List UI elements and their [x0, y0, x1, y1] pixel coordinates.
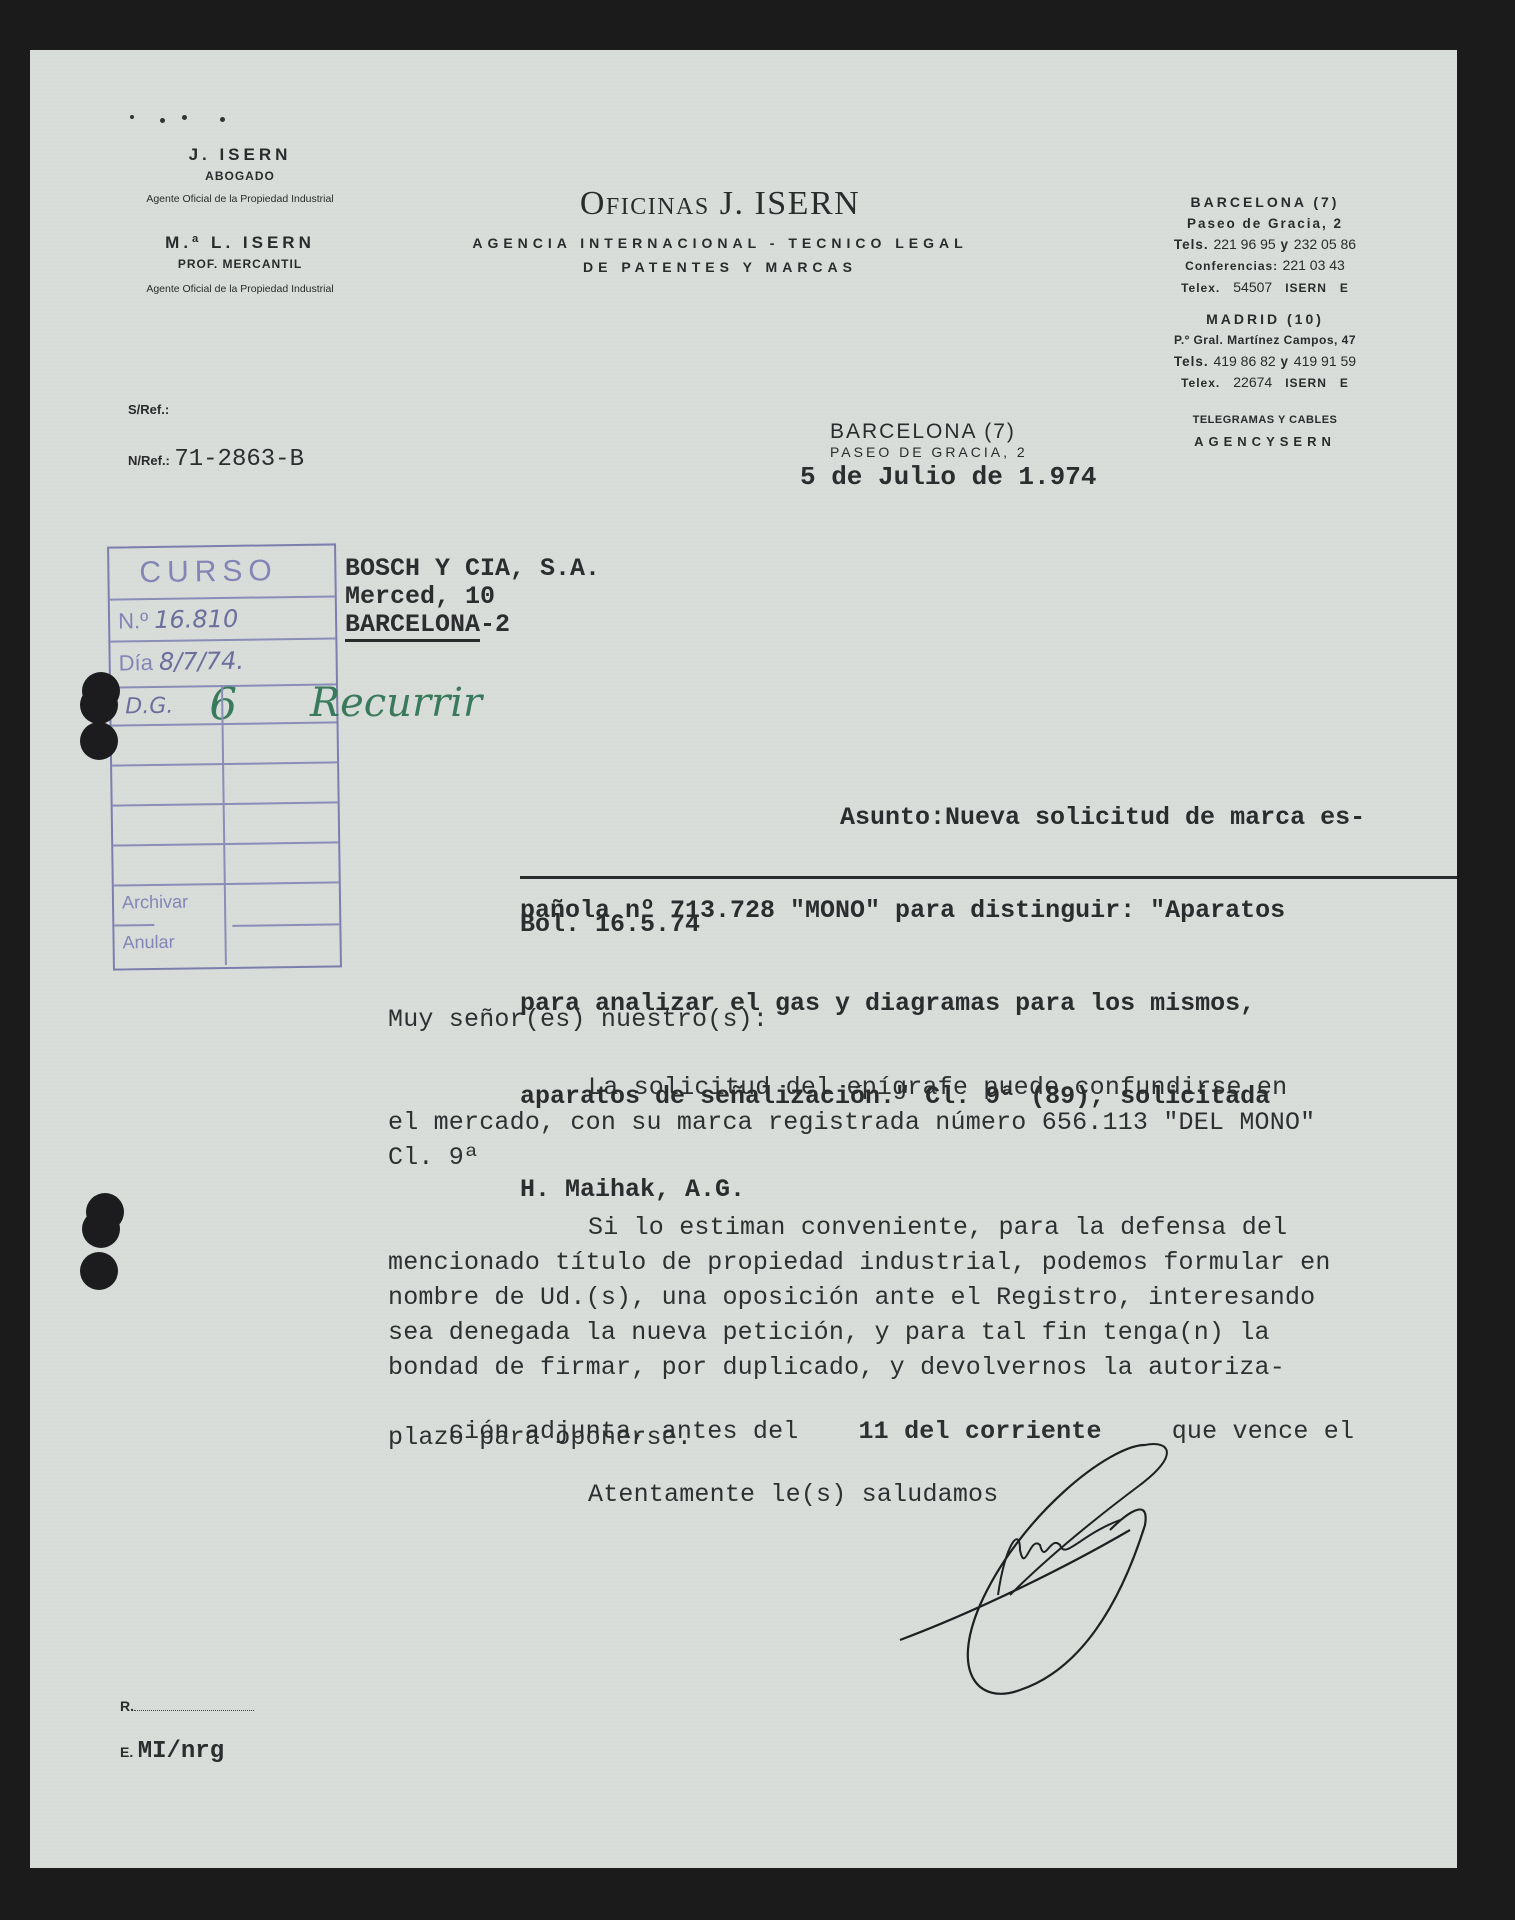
- salutation: Muy señor(es) nuestro(s):: [388, 1005, 1408, 1034]
- company-title: Oficinas J. ISERN: [430, 185, 1010, 223]
- n-ref-label: N/Ref.:: [128, 453, 170, 468]
- paragraph1-line: Cl. 9ª: [388, 1143, 1408, 1172]
- punch-hole: [80, 686, 118, 724]
- telegramas-value: AGENCYSERN: [1120, 431, 1410, 452]
- typist-initials: MI/nrg: [138, 1738, 224, 1765]
- punch-hole: [80, 722, 118, 760]
- ink-specks: [130, 115, 230, 125]
- bulletin-reference: Bol. 16.5.74: [520, 910, 700, 939]
- person1-title: ABOGADO: [110, 169, 370, 183]
- recipient-name: BOSCH Y CIA, S.A.: [345, 555, 600, 583]
- place-date: BARCELONA (7) PASEO DE GRACIA, 2 5 de Ju…: [800, 420, 1096, 492]
- subject-line: H. Maihak, A.G.: [520, 1174, 1460, 1205]
- subject-underline: [520, 876, 1457, 879]
- barcelona-tels: Tels. 221 96 95 y 232 05 86: [1120, 234, 1410, 255]
- signature: [870, 1435, 1250, 1715]
- paragraph2-line: Si lo estiman conveniente, para la defen…: [388, 1213, 1515, 1242]
- paragraph2-line: nombre de Ud.(s), una oposición ante el …: [388, 1283, 1408, 1312]
- n-ref: N/Ref.: 71-2863-B: [128, 446, 304, 473]
- handwritten-note: Recurrir: [310, 680, 482, 726]
- telegramas-label: TELEGRAMAS Y CABLES: [1120, 410, 1410, 431]
- stamp-day: Día 8/7/74.: [118, 647, 244, 677]
- footer-r: R.: [120, 1698, 254, 1716]
- place-city: BARCELONA (7): [830, 420, 1096, 444]
- paragraph2-line: bondad de firmar, por duplicado, y devol…: [388, 1353, 1408, 1382]
- madrid-tels: Tels. 419 86 82 y 419 91 59: [1120, 351, 1410, 372]
- stamp-initials: D.G.: [125, 694, 173, 720]
- recipient-city: BARCELONA-2: [345, 611, 600, 641]
- madrid-city: MADRID (10): [1120, 309, 1410, 330]
- paragraph2-line: mencionado título de propiedad industria…: [388, 1248, 1408, 1277]
- stamp-anular: Anular: [122, 932, 174, 954]
- n-ref-value: 71-2863-B: [174, 446, 304, 473]
- barcelona-telex: Telex. 54507 ISERN E: [1120, 277, 1410, 299]
- punch-hole: [82, 1210, 120, 1248]
- person1-name: J. ISERN: [110, 145, 370, 165]
- conferencias: Conferencias: 221 03 43: [1120, 255, 1410, 277]
- stamp-archivar: Archivar: [122, 892, 188, 914]
- recipient-street: Merced, 10: [345, 583, 600, 611]
- company-subtitle-2: DE PATENTES Y MARCAS: [430, 259, 1010, 275]
- subject-block: Asunto:Nueva solicitud de marca es- paño…: [520, 740, 1460, 1267]
- barcelona-address: Paseo de Gracia, 2: [1120, 213, 1410, 234]
- stamp-number: N.º 16.810: [118, 605, 239, 635]
- subject-line: Asunto:Nueva solicitud de marca es-: [520, 802, 1460, 833]
- paragraph1-line: el mercado, con su marca registrada núme…: [388, 1108, 1408, 1137]
- footer-e: E. MI/nrg: [120, 1738, 224, 1765]
- s-ref-label: S/Ref.:: [128, 402, 169, 417]
- stamp-title: CURSO: [139, 554, 278, 590]
- punch-hole: [80, 1252, 118, 1290]
- letterhead-right: BARCELONA (7) Paseo de Gracia, 2 Tels. 2…: [1120, 192, 1410, 452]
- barcelona-city: BARCELONA (7): [1120, 192, 1410, 213]
- letter-date: 5 de Julio de 1.974: [800, 462, 1096, 492]
- person2-name: M.ª L. ISERN: [110, 233, 370, 253]
- company-subtitle-1: AGENCIA INTERNACIONAL - TECNICO LEGAL: [430, 235, 1010, 251]
- recipient-address: BOSCH Y CIA, S.A. Merced, 10 BARCELONA-2: [345, 555, 600, 641]
- curso-stamp: CURSO N.º 16.810 Día 8/7/74. D.G. 6 Arch…: [107, 543, 342, 970]
- madrid-telex: Telex. 22674 ISERN E: [1120, 372, 1410, 394]
- person2-role: Agente Oficial de la Propiedad Industria…: [110, 283, 370, 295]
- person2-title: PROF. MERCANTIL: [110, 257, 370, 271]
- person1-role: Agente Oficial de la Propiedad Industria…: [110, 193, 370, 205]
- letter-page: J. ISERN ABOGADO Agente Oficial de la Pr…: [30, 50, 1457, 1868]
- madrid-address: P.º Gral. Martínez Campos, 47: [1120, 330, 1410, 351]
- place-address: PASEO DE GRACIA, 2: [830, 444, 1096, 460]
- paragraph2-line: sea denegada la nueva petición, y para t…: [388, 1318, 1408, 1347]
- paragraph1-line: La solicitud del epígrafe puede confundi…: [388, 1073, 1515, 1102]
- letterhead-left: J. ISERN ABOGADO Agente Oficial de la Pr…: [110, 145, 370, 295]
- letterhead-center: Oficinas J. ISERN AGENCIA INTERNACIONAL …: [430, 185, 1010, 275]
